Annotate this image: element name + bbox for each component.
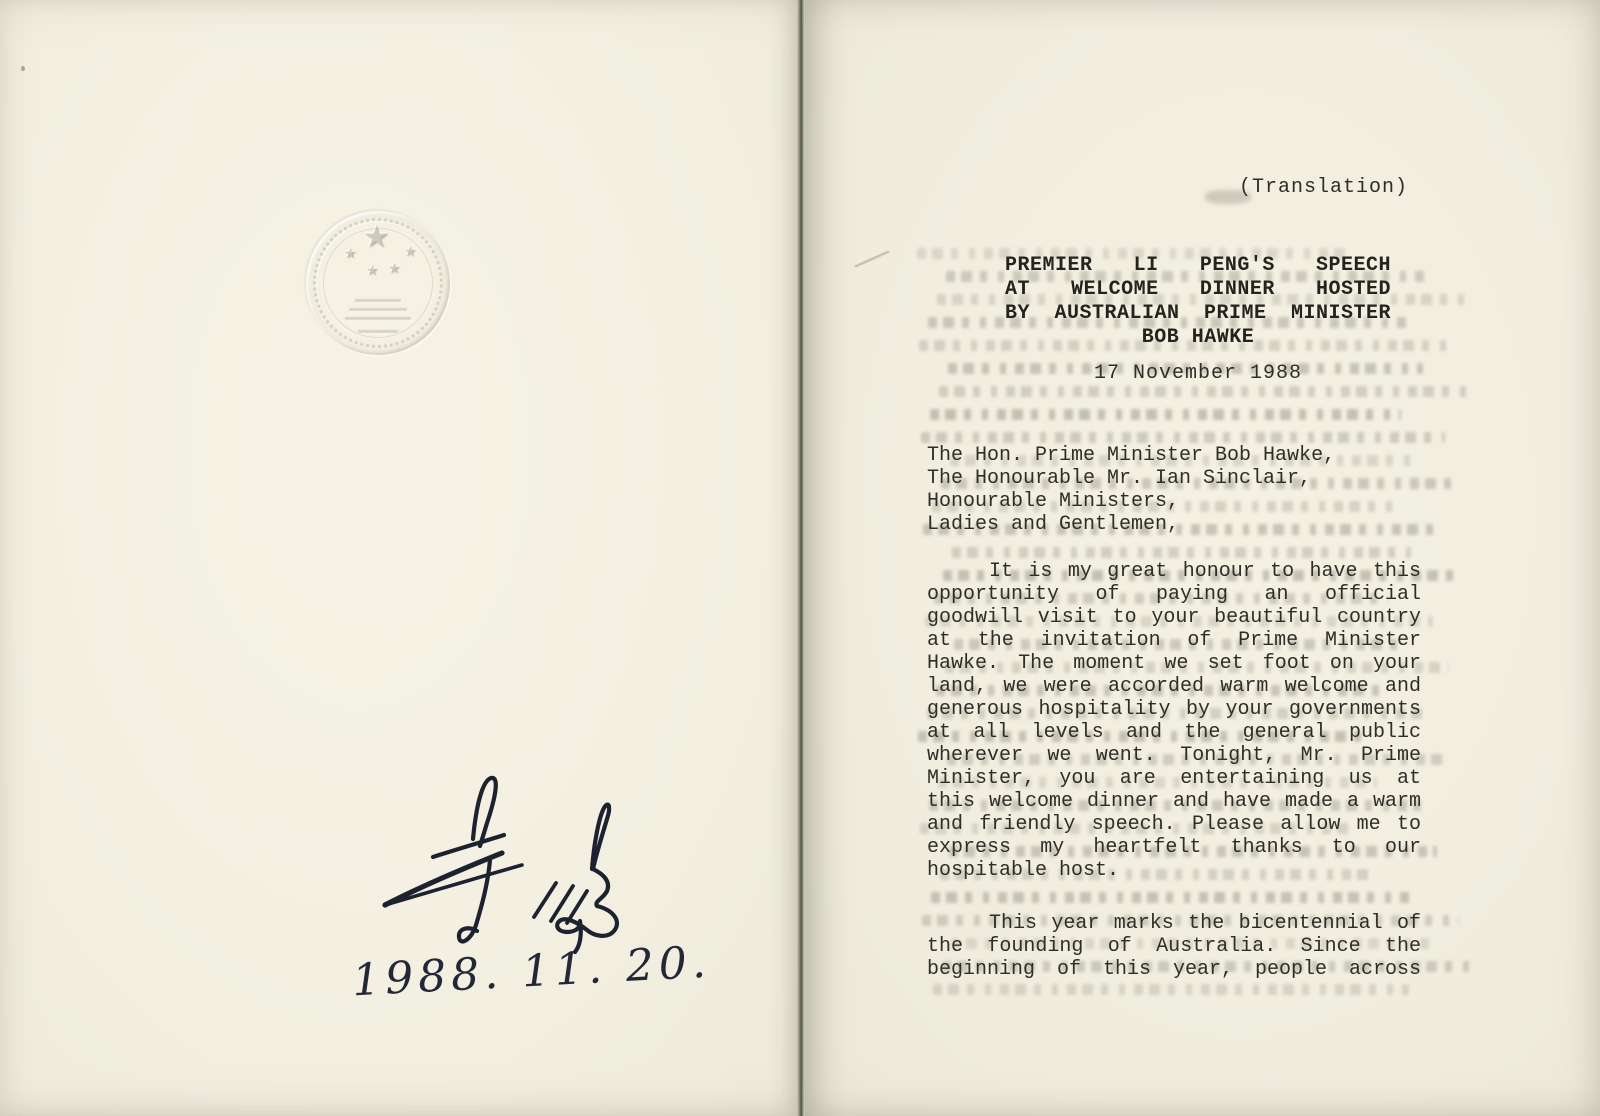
paragraph-2: This year marks the bicentennial ofthe f… — [927, 912, 1421, 981]
translation-label: (Translation) — [1239, 176, 1408, 199]
right-page: (Translation) PREMIER LI PENG'S SPEECHAT… — [805, 0, 1600, 1116]
paragraph-1: It is my great honour to have thisopport… — [927, 560, 1421, 882]
emblem-big-star-icon: ★ — [363, 223, 390, 253]
paper-speck — [21, 66, 25, 71]
emblem-small-star-icon: ★ — [366, 265, 379, 279]
salutation: The Hon. Prime Minister Bob Hawke,The Ho… — [927, 444, 1427, 536]
speech-title: PREMIER LI PENG'S SPEECHAT WELCOME DINNE… — [1005, 254, 1391, 350]
emblem-gate-line — [355, 299, 401, 302]
emblem-gate-line — [345, 317, 411, 320]
emblem-gate-line — [349, 308, 407, 311]
prc-national-emblem-seal-icon: ★ ★ ★ ★ ★ — [306, 211, 450, 355]
speech-date: 17 November 1988 — [1005, 362, 1391, 386]
left-page: ★ ★ ★ ★ ★ 李鹏 — [0, 0, 797, 1116]
emblem-small-star-icon: ★ — [344, 248, 357, 262]
emblem-small-star-icon: ★ — [404, 246, 417, 260]
booklet-spread: ★ ★ ★ ★ ★ 李鹏 — [0, 0, 1600, 1116]
emblem-gate-line — [358, 330, 398, 333]
page-gutter-fold — [797, 0, 805, 1116]
paper-scratch — [854, 250, 890, 267]
emblem-small-star-icon: ★ — [388, 263, 401, 277]
